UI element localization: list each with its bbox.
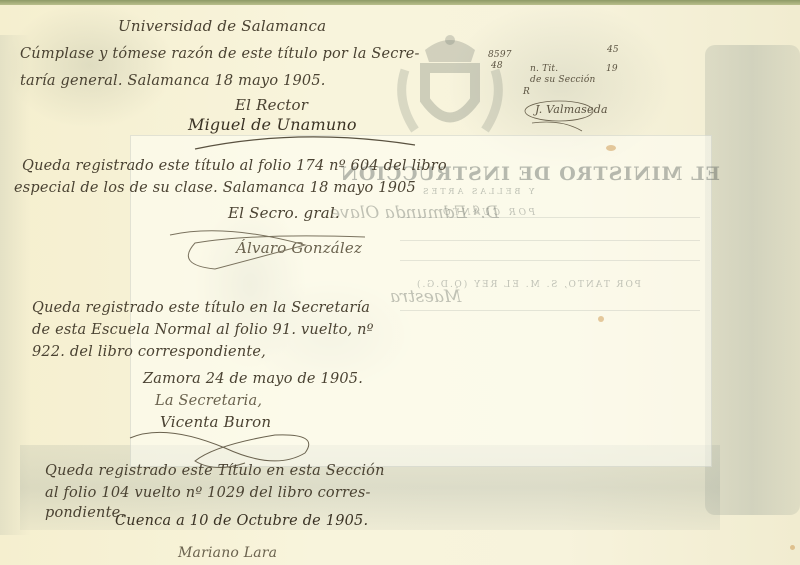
margin-note-line-2: de su Sección xyxy=(530,75,596,85)
institution-heading: Universidad de Salamanca xyxy=(118,17,326,35)
margin-initial: R xyxy=(523,87,530,97)
bleed-rule xyxy=(400,240,700,241)
bleed-ornament-left xyxy=(0,35,30,535)
entry-4-line-2: al folio 104 vuelto nº 1029 del libro co… xyxy=(45,485,371,501)
bleed-rule xyxy=(400,260,700,261)
bleed-handwritten-name: D.ª Edmunda Olave xyxy=(330,203,499,223)
bleed-handwritten-name-2: Maestra xyxy=(390,287,461,307)
margin-number-48: 48 xyxy=(491,61,503,71)
entry-2-line-1: Queda registrado este título al folio 17… xyxy=(22,158,447,174)
entry-3-place-date: Zamora 24 de mayo de 1905. xyxy=(143,371,363,387)
entry-3-line-1: Queda registrado este título en la Secre… xyxy=(32,300,370,316)
entry-2-signature: Álvaro González xyxy=(236,239,362,257)
stain xyxy=(598,316,604,322)
entry-3-line-3: 922. del libro correspondiente, xyxy=(32,344,266,360)
entry-1-line-2: taría general. Salamanca 18 mayo 1905. xyxy=(20,73,326,89)
bleed-rule xyxy=(400,310,700,311)
entry-2-signer-title: El Secro. gral. xyxy=(228,204,340,222)
entry-3-signature: Vicenta Buron xyxy=(160,413,271,431)
bleed-ornament-right xyxy=(705,45,800,515)
margin-stamp-signature: J. Valmaseda xyxy=(535,103,608,116)
entry-1-signature: Miguel de Unamuno xyxy=(188,115,357,134)
entry-4-line-1: Queda registrado este Título en esta Sec… xyxy=(45,463,385,479)
entry-1-line-1: Cúmplase y tómese razón de este título p… xyxy=(20,46,420,62)
margin-number-19: 19 xyxy=(606,64,618,74)
bleed-rule xyxy=(400,217,700,218)
margin-note-line-1: n. Tit. xyxy=(530,64,558,74)
margin-number-45: 45 xyxy=(607,45,619,55)
stain xyxy=(790,545,795,550)
margin-number-8597: 8597 xyxy=(488,50,512,60)
entry-3-signer-title: La Secretaria, xyxy=(155,393,262,409)
entry-2-line-2: especial de los de su clase. Salamanca 1… xyxy=(14,180,416,196)
stain xyxy=(606,145,616,151)
entry-4-place-date: Cuenca a 10 de Octubre de 1905. xyxy=(115,513,368,529)
bleed-caption: POR TANTO, S. M. EL REY (Q.D.G.) xyxy=(415,280,641,290)
entry-1-signer-title: El Rector xyxy=(235,96,308,114)
bleed-heading: EL MINISTRO DE INSTRUCCIÓN xyxy=(400,163,720,185)
entry-4-signature: Mariano Lara xyxy=(178,545,277,561)
bleed-subheading: Y BELLAS ARTES xyxy=(420,187,534,196)
entry-3-line-2: de esta Escuela Normal al folio 91. vuel… xyxy=(32,322,374,338)
document-page: EL MINISTRO DE INSTRUCCIÓN Y BELLAS ARTE… xyxy=(0,5,800,565)
entry-4-line-3: pondiente. xyxy=(45,505,125,521)
